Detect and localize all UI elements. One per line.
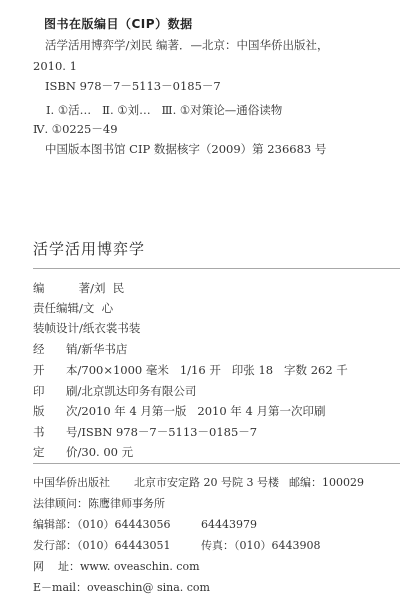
detail-distribution: 经销/新华书店 xyxy=(33,342,127,356)
detail-printer: 印刷/北京凯达印务有限公司 xyxy=(33,384,196,398)
publisher-postcode: 邮编：100029 xyxy=(289,476,364,490)
publisher-address: 北京市安定路 20 号院 3 号楼 xyxy=(134,476,289,490)
detail-value: /纸衣裳书装 xyxy=(79,321,140,335)
detail-label: 定 xyxy=(33,445,66,459)
editorial-phone-2: 64443979 xyxy=(201,518,257,532)
detail-label: 装帧设计 xyxy=(33,321,79,335)
publisher-distribution: 发行部：（010）64443051传真：（010）6443908 xyxy=(33,539,321,553)
cip-record-number: 中国版本图书馆 CIP 数据核字（2009）第 236683 号 xyxy=(45,142,326,156)
detail-value: 本/700×1000 毫米 1/16 开 印张 18 字数 262 千 xyxy=(66,363,348,377)
detail-value: 销/新华书店 xyxy=(66,342,127,356)
detail-label: 经 xyxy=(33,342,66,356)
distribution-phone: 发行部：（010）64443051 xyxy=(33,539,201,553)
detail-label: 版 xyxy=(33,404,66,418)
detail-price: 定价/30. 00 元 xyxy=(33,445,133,459)
cip-heading: 图书在版编目（CIP）数据 xyxy=(44,15,193,32)
publisher-email: E－mail：oveaschin@ sina. com xyxy=(33,581,210,595)
detail-value: /文 心 xyxy=(79,301,113,315)
detail-value: 刷/北京凯达印务有限公司 xyxy=(66,384,196,398)
publisher-editorial: 编辑部：（010）6444305664443979 xyxy=(33,518,257,532)
detail-label: 书 xyxy=(33,425,66,439)
detail-value: 号/ISBN 978－7－5113－0185－7 xyxy=(66,425,257,439)
cip-classification: Ⅰ. ①活… Ⅱ. ①刘… Ⅲ. ①对策论—通俗读物 xyxy=(46,103,282,117)
detail-value: 次/2010 年 4 月第一版 2010 年 4 月第一次印刷 xyxy=(66,404,325,418)
detail-editor: 责任编辑/文 心 xyxy=(33,301,113,315)
book-title: 活学活用博弈学 xyxy=(33,238,145,259)
detail-value: 著/刘 民 xyxy=(64,281,124,295)
publisher-legal: 法律顾问：陈鹰律师事务所 xyxy=(33,497,165,511)
detail-author: 编 著/刘 民 xyxy=(33,281,124,295)
detail-label: 编 xyxy=(33,281,66,295)
cip-classification-2: Ⅳ. ①0225－49 xyxy=(33,122,118,136)
detail-isbn: 书号/ISBN 978－7－5113－0185－7 xyxy=(33,425,257,439)
cip-isbn: ISBN 978－7－5113－0185－7 xyxy=(45,79,221,93)
detail-label: 开 xyxy=(33,363,66,377)
detail-label: 印 xyxy=(33,384,66,398)
publisher-line: 中国华侨出版社北京市安定路 20 号院 3 号楼邮编：100029 xyxy=(33,476,364,490)
fax-number: 传真：（010）6443908 xyxy=(201,539,321,553)
cip-line-title-author: 活学活用博弈学/刘民 编著．—北京：中国华侨出版社， xyxy=(45,38,329,52)
divider-top xyxy=(33,268,400,269)
publisher-name: 中国华侨出版社 xyxy=(33,476,134,490)
detail-label: 责任编辑 xyxy=(33,301,79,315)
publisher-website: 网 址：www. oveaschin. com xyxy=(33,560,200,574)
cip-line-date: 2010. 1 xyxy=(33,59,77,73)
detail-design: 装帧设计/纸衣裳书装 xyxy=(33,321,140,335)
divider-bottom xyxy=(33,463,400,464)
detail-format: 开本/700×1000 毫米 1/16 开 印张 18 字数 262 千 xyxy=(33,363,348,377)
detail-edition: 版次/2010 年 4 月第一版 2010 年 4 月第一次印刷 xyxy=(33,404,325,418)
editorial-phone: 编辑部：（010）64443056 xyxy=(33,518,201,532)
detail-value: 价/30. 00 元 xyxy=(66,445,133,459)
